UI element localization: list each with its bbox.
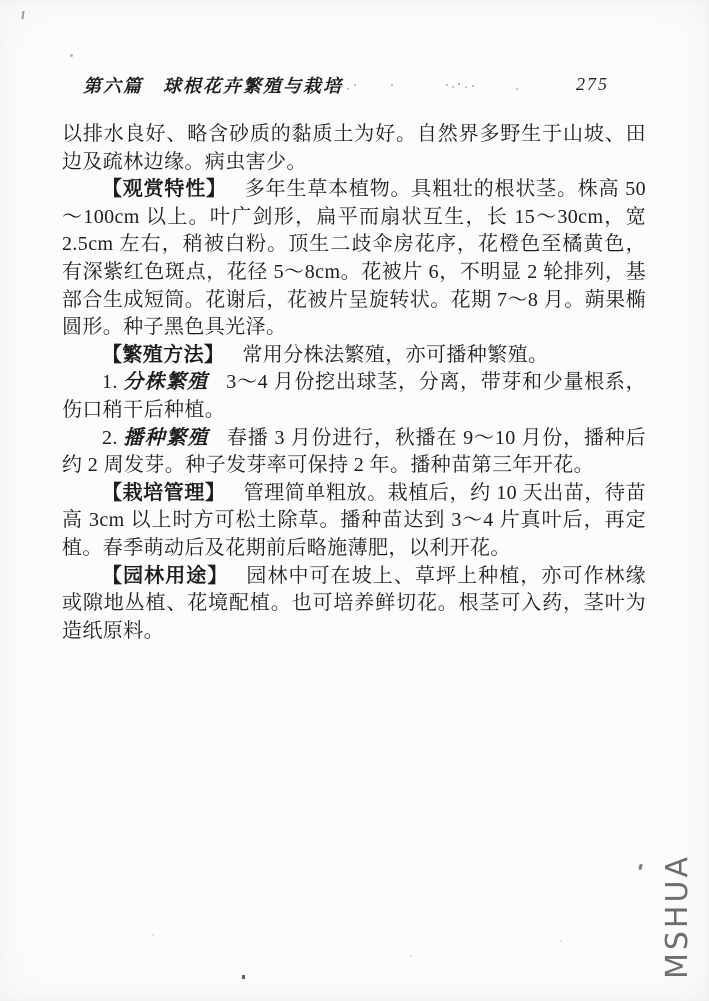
section-label: 【观赏特性】 <box>102 178 227 200</box>
paragraph-landscape-use: 【园林用途】园林中可在坡上、草坪上种植，亦可作林缘或隙地丛植、花境配植。也可培养… <box>62 563 646 646</box>
list-number: 2. <box>102 427 118 449</box>
page-number: 275 <box>576 74 609 95</box>
run-in-heading: 播种繁殖 <box>123 427 209 449</box>
scan-artifact-dot <box>242 975 245 979</box>
paragraph-cultivation-management: 【栽培管理】管理简单粗放。栽植后，约 10 天出苗，待苗高 3cm 以上时方可松… <box>62 480 646 563</box>
paragraph-division-propagation: 1.分株繁殖3～4 月份挖出球茎，分离，带芽和少量根系，伤口稍干后种植。 <box>62 369 646 424</box>
paragraph-seed-propagation: 2.播种繁殖春播 3 月份进行，秋播在 9～10 月份，播种后约 2 周发芽。种… <box>62 425 646 480</box>
paragraph-text: 多年生草本植物。具粗壮的根状茎。株高 50～100cm 以上。叶广剑形，扁平而扇… <box>62 178 646 338</box>
page-body: 以排水良好、略含砂质的黏质土为好。自然界多野生于山坡、田边及疏林边缘。病虫害少。… <box>62 121 646 645</box>
page-header: 第六篇 球根花卉繁殖与栽培 275 <box>0 72 709 98</box>
paragraph-ornamental-traits: 【观赏特性】多年生草本植物。具粗壮的根状茎。株高 50～100cm 以上。叶广剑… <box>62 176 646 342</box>
scanned-book-page: 第六篇 球根花卉繁殖与栽培 275 以排水良好、略含砂质的黏质土为好。自然界多野… <box>0 0 709 1001</box>
paragraph-text: 以排水良好、略含砂质的黏质土为好。自然界多野生于山坡、田边及疏林边缘。病虫害少。 <box>62 123 646 173</box>
watermark-text: MSHUA <box>660 877 696 979</box>
list-number: 1. <box>102 371 118 393</box>
scan-artifact-specks <box>0 0 2 2</box>
scan-artifact-tick <box>21 11 24 19</box>
scan-artifact-dot <box>70 54 73 57</box>
scan-artifact-comma <box>638 864 642 871</box>
section-label: 【繁殖方法】 <box>102 344 224 366</box>
section-label: 【园林用途】 <box>102 565 228 587</box>
section-label: 【栽培管理】 <box>102 482 226 504</box>
run-in-heading: 分株繁殖 <box>123 371 208 393</box>
running-head-title: 第六篇 球根花卉繁殖与栽培 <box>83 72 343 98</box>
paragraph-continuation: 以排水良好、略含砂质的黏质土为好。自然界多野生于山坡、田边及疏林边缘。病虫害少。 <box>62 121 646 176</box>
paragraph-text: 常用分株法繁殖，亦可播种繁殖。 <box>242 344 548 366</box>
paragraph-propagation-methods: 【繁殖方法】常用分株法繁殖，亦可播种繁殖。 <box>62 342 646 370</box>
